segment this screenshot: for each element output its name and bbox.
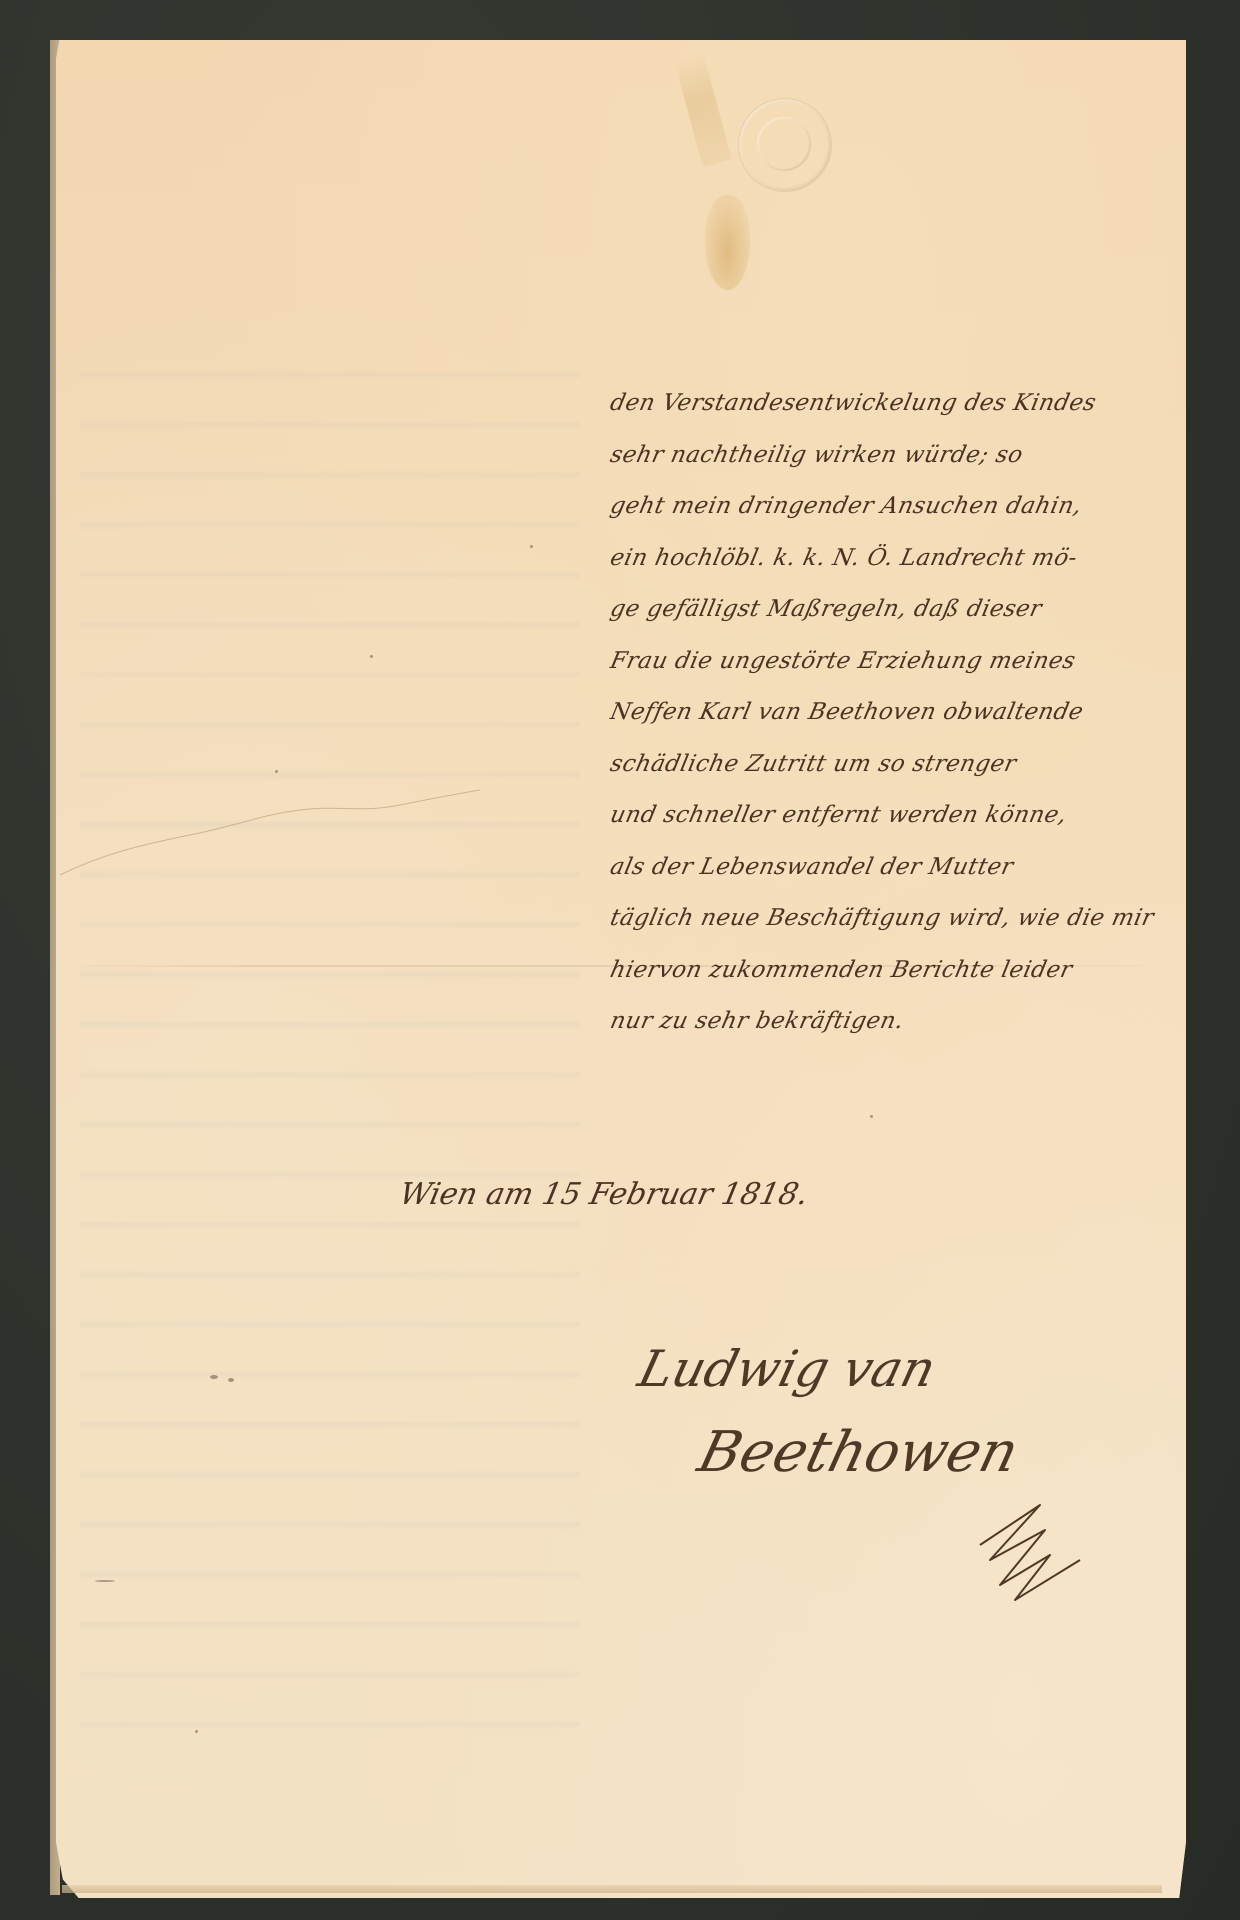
body-line: nur zu sehr bekräftigen. <box>605 996 1216 1048</box>
body-line: den Verstandesentwickelung des Kindes <box>605 378 1216 430</box>
paper-speck <box>210 1375 218 1379</box>
paper-crack <box>60 735 480 875</box>
paper-speck <box>195 1730 198 1733</box>
body-line: geht mein dringender Ansuchen dahin, <box>605 481 1216 533</box>
body-line: und schneller entfernt werden könne, <box>605 790 1216 842</box>
seal-impression-icon <box>738 98 832 192</box>
reverse-side-bleed-through <box>80 330 580 1730</box>
liquid-stain <box>705 195 750 290</box>
signature-flourish-icon <box>970 1500 1100 1610</box>
paper-speck <box>95 1580 115 1582</box>
paper-bottom-edge <box>62 1885 1162 1893</box>
body-line: Frau die ungestörte Erziehung meines <box>605 636 1216 688</box>
paper-speck <box>275 770 278 773</box>
body-line: ein hochlöbl. k. k. N. Ö. Landrecht mö- <box>605 533 1216 585</box>
body-line: ge gefälligst Maßregeln, daß dieser <box>605 584 1216 636</box>
letter-body: den Verstandesentwickelung des Kindes se… <box>605 378 1205 1048</box>
body-line: Neffen Karl van Beethoven obwaltende <box>605 687 1216 739</box>
paper-speck <box>530 545 533 548</box>
signature: Ludwig van Beethowen <box>640 1340 1100 1570</box>
signature-last-name: Beethowen <box>692 1420 1025 1485</box>
signature-first-name: Ludwig van <box>633 1340 942 1398</box>
body-line: als der Lebenswandel der Mutter <box>605 842 1216 894</box>
paper-speck <box>370 655 373 658</box>
body-line: täglich neue Beschäftigung wird, wie die… <box>605 893 1216 945</box>
date-line: Wien am 15 Februar 1818. <box>393 1160 908 1230</box>
body-line: schädliche Zutritt um so strenger <box>605 739 1216 791</box>
body-line: hiervon zukommenden Berichte leider <box>605 945 1216 997</box>
body-line: sehr nachtheilig wirken würde; so <box>605 430 1216 482</box>
paper-speck <box>228 1378 234 1382</box>
paper-speck <box>870 1115 873 1118</box>
